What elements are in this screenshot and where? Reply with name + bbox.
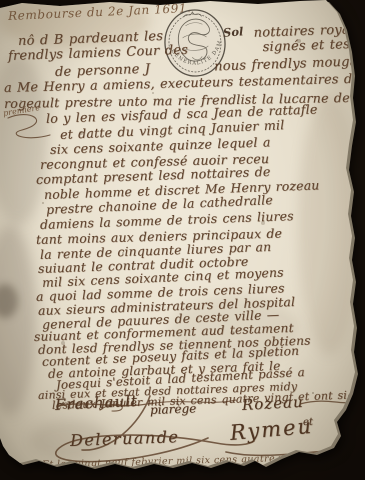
signature-frachault: Frachault	[55, 392, 139, 414]
paper-wrap: Rembourse du 2e Jan 1691. GENERALITE DAM…	[0, 0, 365, 480]
paper-specks	[0, 0, 2, 2]
signature-piarege: piarège	[150, 401, 197, 417]
signature-rozeau: Rozeau	[242, 393, 305, 414]
paper-stain	[0, 225, 36, 415]
ink-smudge	[0, 284, 18, 318]
signature-deleruande: Deleruande	[70, 427, 180, 450]
manuscript-page: Rembourse du 2e Jan 1691. GENERALITE DAM…	[0, 0, 365, 480]
signature-rymeu: Rymeu	[229, 414, 314, 445]
